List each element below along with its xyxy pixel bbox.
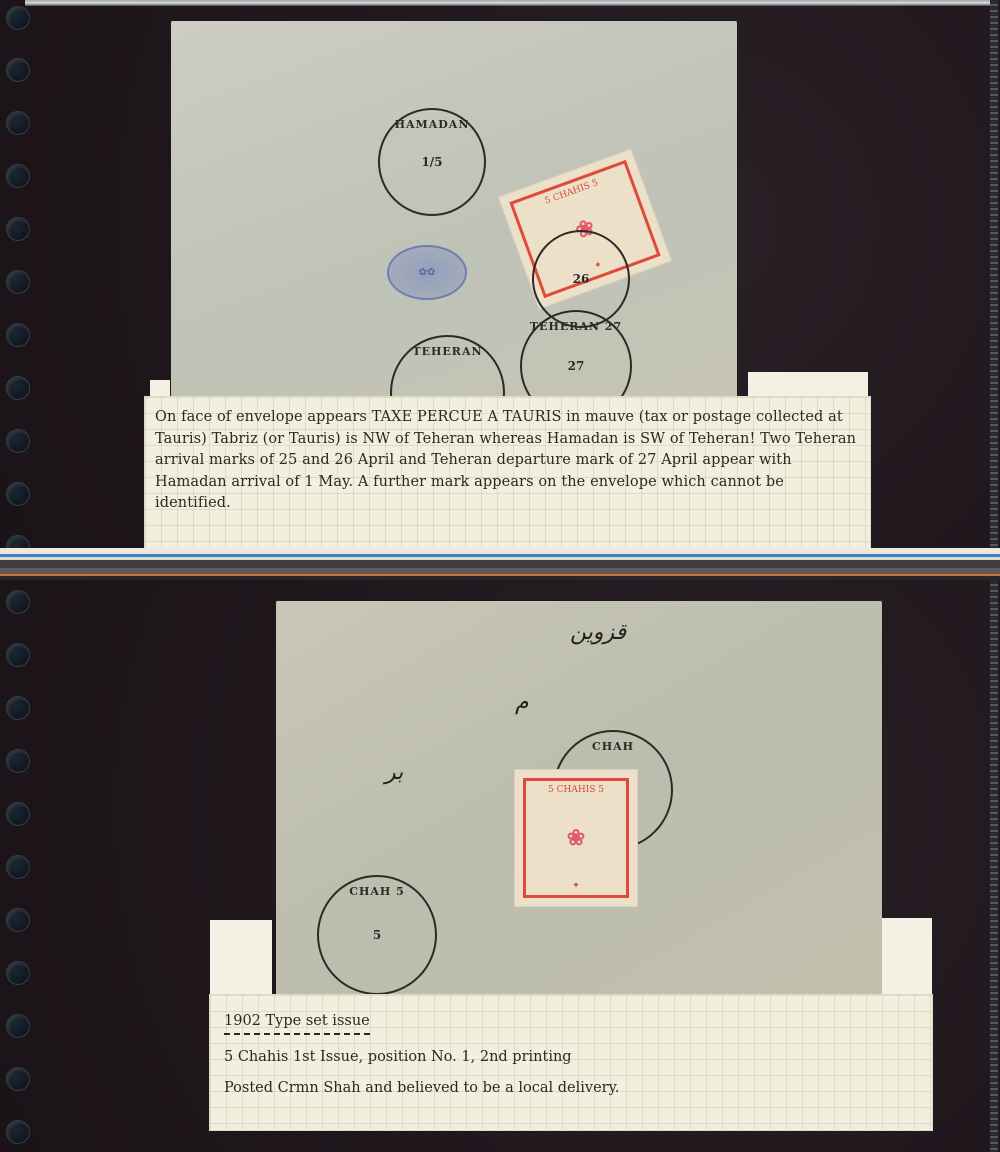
manuscript-line: بر — [385, 760, 403, 785]
manuscript-address: قزوين — [570, 620, 626, 645]
note-heading: 1902 Type set issue — [224, 1011, 370, 1035]
postmark-date: 1/5 — [421, 155, 442, 169]
postmark-text: CHAH 5 — [319, 885, 435, 898]
note-text: On face of envelope appears TAXE PERCUE … — [155, 409, 856, 511]
stamp-value: 5 CHAHIS 5 — [544, 178, 600, 207]
postmark-over-stamp: 26 — [532, 230, 630, 328]
postmark-text: HAMADAN — [380, 118, 484, 131]
album-page-top: HAMADAN 1/5 ✿✿ TEHERAN 27 27 TEHERAN 5 C… — [0, 0, 1000, 560]
postmark-hamadan: HAMADAN 1/5 — [378, 108, 486, 216]
postmark-text: CHAH — [555, 740, 671, 753]
note-tab — [210, 920, 272, 1000]
stamp-value: 5 CHAHIS 5 — [548, 785, 604, 795]
page-edge — [990, 580, 998, 1152]
description-note: On face of envelope appears TAXE PERCUE … — [145, 397, 870, 552]
note-tab — [748, 372, 868, 400]
page-divider — [0, 548, 1000, 584]
postmark-date: 26 — [573, 272, 590, 286]
note-line: Posted Crmn Shah and believed to be a lo… — [224, 1078, 920, 1099]
binder-holes — [4, 580, 30, 1152]
seal-stamp: ✿✿ — [387, 245, 467, 300]
binder-holes — [4, 0, 30, 560]
stamp-border-mark: ✦ — [572, 881, 580, 891]
stamp-emblem: ❀ — [567, 825, 585, 851]
note-tab — [882, 918, 932, 998]
page-edge — [990, 0, 998, 560]
postmark-date: 5 — [373, 928, 381, 942]
manuscript-line: م — [515, 690, 529, 715]
postmark-date: 27 — [568, 359, 585, 373]
note-line: 5 Chahis 1st Issue, position No. 1, 2nd … — [224, 1047, 920, 1068]
postmark-chah-2: CHAH 5 5 — [317, 875, 437, 995]
postmark-text: TEHERAN — [392, 345, 503, 358]
description-note: 1902 Type set issue 5 Chahis 1st Issue, … — [210, 995, 932, 1130]
page-rail — [25, 0, 990, 6]
postage-stamp: 5 CHAHIS 5 ❀ ✦ — [515, 770, 637, 906]
cover-envelope: HAMADAN 1/5 ✿✿ TEHERAN 27 27 TEHERAN — [170, 20, 738, 398]
